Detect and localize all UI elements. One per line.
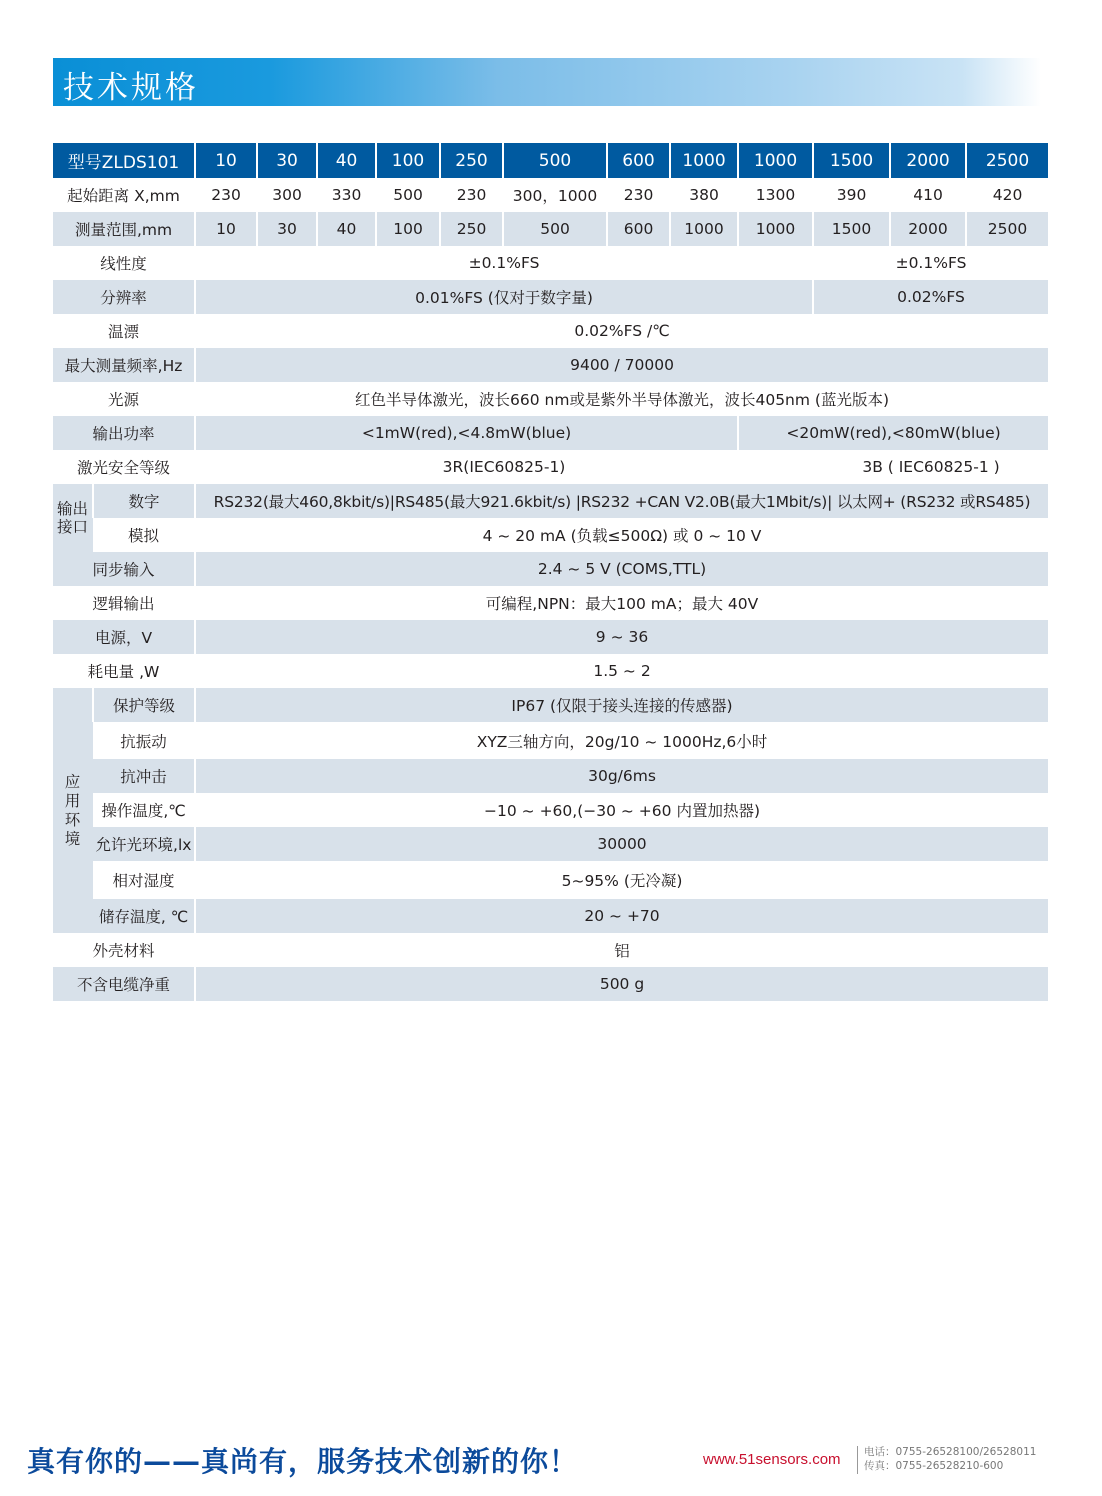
- value-cell: 300: [257, 178, 317, 212]
- value-cell: 500 g: [195, 967, 1048, 1001]
- table-row-output-power: 输出功率 <1mW(red),<4.8mW(blue) <20mW(red),<…: [53, 416, 1048, 450]
- row-label: 测量范围,mm: [53, 212, 195, 246]
- table-row-humidity: 相对湿度 5~95% (无冷凝): [53, 861, 1048, 899]
- value-cell: 5~95% (无冷凝): [195, 861, 1048, 899]
- value-cell: 3R(IEC60825-1): [195, 450, 813, 484]
- table-row-vibration: 抗振动 XYZ三轴方向，20g/10 ~ 1000Hz,6小时: [53, 722, 1048, 759]
- value-cell: 3B ( IEC60825-1 ): [813, 450, 1048, 484]
- value-cell: 1.5 ~ 2: [195, 654, 1048, 688]
- row-label: 逻辑输出: [53, 586, 195, 620]
- table-row-resolution: 分辨率 0.01%FS (仅对于数字量) 0.02%FS: [53, 280, 1048, 314]
- table-row-temp-drift: 温漂 0.02%FS /℃: [53, 314, 1048, 348]
- value-cell: RS232(最大460,8kbit/s)|RS485(最大921.6kbit/s…: [195, 484, 1048, 518]
- value-cell: 410: [890, 178, 966, 212]
- value-cell: 10: [195, 212, 257, 246]
- value-cell: 4 ~ 20 mA (负载≤500Ω) 或 0 ~ 10 V: [195, 518, 1048, 552]
- table-row-logic-output: 逻辑输出 可编程,NPN：最大100 mA；最大 40V: [53, 586, 1048, 620]
- row-label: 电源，V: [53, 620, 195, 654]
- model-cell: 10: [195, 143, 257, 178]
- row-label: 耗电量 ,W: [53, 654, 195, 688]
- value-cell: 330: [317, 178, 376, 212]
- table-row-storage-temp: 储存温度, ℃ 20 ~ +70: [53, 899, 1048, 933]
- value-cell: 铝: [195, 933, 1048, 967]
- value-cell: <20mW(red),<80mW(blue): [738, 416, 1048, 450]
- table-row-laser-class: 激光安全等级 3R(IEC60825-1) 3B ( IEC60825-1 ): [53, 450, 1048, 484]
- row-label: 不含电缆净重: [53, 967, 195, 1001]
- row-label: 抗振动: [93, 722, 195, 759]
- row-label: 输出功率: [53, 416, 195, 450]
- value-cell: ±0.1%FS: [813, 246, 1048, 280]
- row-label: 最大测量频率,Hz: [53, 348, 195, 382]
- value-cell: 230: [440, 178, 503, 212]
- model-cell: 500: [503, 143, 607, 178]
- table-row-output-digital: 输出接口 数字 RS232(最大460,8kbit/s)|RS485(最大921…: [53, 484, 1048, 518]
- footer-divider: [857, 1446, 858, 1474]
- row-label: 操作温度,℃: [93, 793, 195, 827]
- value-cell: 9400 / 70000: [195, 348, 1048, 382]
- model-cell: 1000: [670, 143, 738, 178]
- model-cell: 1500: [813, 143, 890, 178]
- value-cell: 30g/6ms: [195, 759, 1048, 793]
- value-cell: 2500: [966, 212, 1048, 246]
- model-cell: 600: [607, 143, 670, 178]
- model-cell: 100: [376, 143, 440, 178]
- row-label: 保护等级: [93, 688, 195, 722]
- value-cell: 500: [376, 178, 440, 212]
- value-cell: 0.01%FS (仅对于数字量): [195, 280, 813, 314]
- phone-number: 电话：0755-26528100/26528011: [864, 1445, 1036, 1459]
- value-cell: 380: [670, 178, 738, 212]
- row-label: 起始距离 X,mm: [53, 178, 195, 212]
- row-label: 分辨率: [53, 280, 195, 314]
- model-cell: 2000: [890, 143, 966, 178]
- table-row-protection: 应用环境 保护等级 IP67 (仅限于接头连接的传感器): [53, 688, 1048, 722]
- table-row-shock: 抗冲击 30g/6ms: [53, 759, 1048, 793]
- spec-table: 型号ZLDS101 10 30 40 100 250 500 600 1000 …: [53, 143, 1048, 1001]
- contact-info: 电话：0755-26528100/26528011 传真：0755-265282…: [864, 1445, 1036, 1473]
- value-cell: 500: [503, 212, 607, 246]
- group-label-text: 应用环境: [64, 773, 82, 849]
- table-row-linearity: 线性度 ±0.1%FS ±0.1%FS: [53, 246, 1048, 280]
- table-row-output-analog: 模拟 4 ~ 20 mA (负载≤500Ω) 或 0 ~ 10 V: [53, 518, 1048, 552]
- row-label: 相对湿度: [93, 861, 195, 899]
- value-cell: 30000: [195, 827, 1048, 861]
- website-link[interactable]: www.51sensors.com: [703, 1451, 841, 1468]
- model-cell: 30: [257, 143, 317, 178]
- row-label: 数字: [93, 484, 195, 518]
- table-row-power-consumption: 耗电量 ,W 1.5 ~ 2: [53, 654, 1048, 688]
- table-row-max-frequency: 最大测量频率,Hz 9400 / 70000: [53, 348, 1048, 382]
- row-label: 光源: [53, 382, 195, 416]
- value-cell: 230: [607, 178, 670, 212]
- value-cell: 420: [966, 178, 1048, 212]
- table-row-light-source: 光源 红色半导体激光，波长660 nm或是紫外半导体激光，波长405nm (蓝光…: [53, 382, 1048, 416]
- row-label: 线性度: [53, 246, 195, 280]
- model-cell: 40: [317, 143, 376, 178]
- value-cell: 0.02%FS /℃: [195, 314, 1048, 348]
- value-cell: 1000: [670, 212, 738, 246]
- group-label-output-interface: 输出接口: [53, 484, 93, 552]
- row-label: 温漂: [53, 314, 195, 348]
- value-cell: 1500: [813, 212, 890, 246]
- value-cell: 100: [376, 212, 440, 246]
- value-cell: 2000: [890, 212, 966, 246]
- value-cell: ±0.1%FS: [195, 246, 813, 280]
- value-cell: 红色半导体激光，波长660 nm或是紫外半导体激光，波长405nm (蓝光版本): [195, 382, 1048, 416]
- table-row-operating-temp: 操作温度,℃ −10 ~ +60,(−30 ~ +60 内置加热器): [53, 793, 1048, 827]
- value-cell: 600: [607, 212, 670, 246]
- table-row-sync-input: 同步输入 2.4 ~ 5 V (COMS,TTL): [53, 552, 1048, 586]
- header-row: 型号ZLDS101 10 30 40 100 250 500 600 1000 …: [53, 143, 1048, 178]
- value-cell: 20 ~ +70: [195, 899, 1048, 933]
- value-cell: 1300: [738, 178, 813, 212]
- table-row-ambient-light: 允许光环境,lx 30000: [53, 827, 1048, 861]
- value-cell: −10 ~ +60,(−30 ~ +60 内置加热器): [195, 793, 1048, 827]
- group-label-environment: 应用环境: [53, 688, 93, 933]
- row-label: 外壳材料: [53, 933, 195, 967]
- table-row-weight: 不含电缆净重 500 g: [53, 967, 1048, 1001]
- section-title-bar: 技术规格: [53, 58, 1041, 106]
- value-cell: 230: [195, 178, 257, 212]
- value-cell: 30: [257, 212, 317, 246]
- group-label-text: 输出接口: [56, 500, 90, 536]
- value-cell: 2.4 ~ 5 V (COMS,TTL): [195, 552, 1048, 586]
- table-row-start-distance: 起始距离 X,mm 230 300 330 500 230 300，1000 2…: [53, 178, 1048, 212]
- row-label: 允许光环境,lx: [93, 827, 195, 861]
- fax-number: 传真：0755-26528210-600: [864, 1459, 1036, 1473]
- value-cell: 40: [317, 212, 376, 246]
- value-cell: 可编程,NPN：最大100 mA；最大 40V: [195, 586, 1048, 620]
- footer-slogan: 真有你的——真尚有，服务技术创新的你！: [27, 1440, 578, 1480]
- table-row-measuring-range: 测量范围,mm 10 30 40 100 250 500 600 1000 10…: [53, 212, 1048, 246]
- row-label: 储存温度, ℃: [93, 899, 195, 933]
- model-label: 型号ZLDS101: [53, 143, 195, 178]
- value-cell: 300，1000: [503, 178, 607, 212]
- table-row-power-supply: 电源，V 9 ~ 36: [53, 620, 1048, 654]
- value-cell: 250: [440, 212, 503, 246]
- value-cell: <1mW(red),<4.8mW(blue): [195, 416, 738, 450]
- value-cell: 0.02%FS: [813, 280, 1048, 314]
- value-cell: XYZ三轴方向，20g/10 ~ 1000Hz,6小时: [195, 722, 1048, 759]
- row-label: 模拟: [93, 518, 195, 552]
- value-cell: 1000: [738, 212, 813, 246]
- row-label: 激光安全等级: [53, 450, 195, 484]
- value-cell: IP67 (仅限于接头连接的传感器): [195, 688, 1048, 722]
- value-cell: 9 ~ 36: [195, 620, 1048, 654]
- table-row-housing: 外壳材料 铝: [53, 933, 1048, 967]
- page-title: 技术规格: [63, 62, 199, 107]
- model-cell: 2500: [966, 143, 1048, 178]
- model-cell: 1000: [738, 143, 813, 178]
- row-label: 抗冲击: [93, 759, 195, 793]
- model-cell: 250: [440, 143, 503, 178]
- row-label: 同步输入: [53, 552, 195, 586]
- value-cell: 390: [813, 178, 890, 212]
